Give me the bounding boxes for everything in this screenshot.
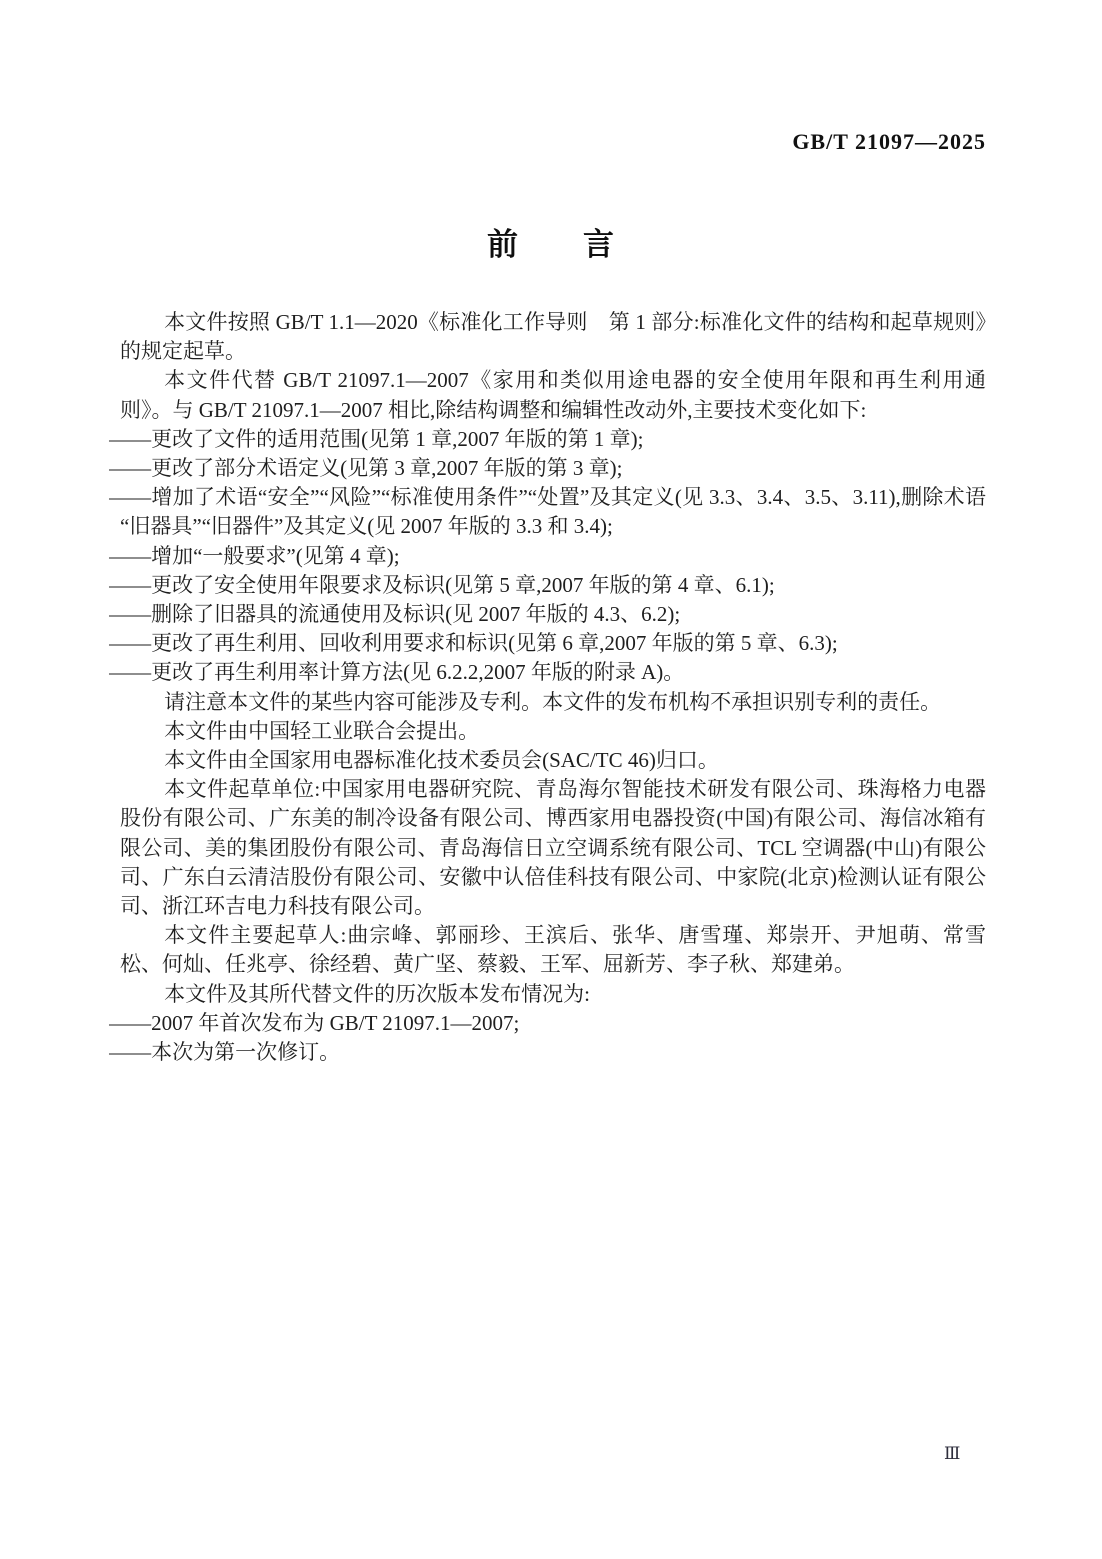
foreword-content: 本文件按照 GB/T 1.1—2020《标准化工作导则 第 1 部分:标准化文件… — [120, 308, 986, 1067]
paragraph-drafting-units: 本文件起草单位:中国家用电器研究院、青岛海尔智能技术研发有限公司、珠海格力电器股… — [120, 775, 986, 921]
change-list-item: ——更改了文件的适用范围(见第 1 章,2007 年版的第 1 章); — [120, 425, 986, 454]
change-list-item: ——更改了再生利用、回收利用要求和标识(见第 6 章,2007 年版的第 5 章… — [120, 629, 986, 658]
page-title: 前 言 — [0, 219, 1102, 264]
version-list-item: ——本次为第一次修订。 — [120, 1038, 986, 1067]
document-page: GB/T 21097—2025 前 言 本文件按照 GB/T 1.1—2020《… — [0, 0, 1102, 1559]
change-list-item: ——更改了部分术语定义(见第 3 章,2007 年版的第 3 章); — [120, 454, 986, 483]
document-number: GB/T 21097—2025 — [792, 129, 986, 155]
page-number: Ⅲ — [944, 1444, 960, 1464]
paragraph-drafters: 本文件主要起草人:曲宗峰、郭丽珍、王滨后、张华、唐雪瑾、郑崇开、尹旭萌、常雪松、… — [120, 921, 986, 979]
paragraph-committee: 本文件由全国家用电器标准化技术委员会(SAC/TC 46)归口。 — [120, 746, 986, 775]
change-list-item: ——增加“一般要求”(见第 4 章); — [120, 542, 986, 571]
paragraph-drafting-basis: 本文件按照 GB/T 1.1—2020《标准化工作导则 第 1 部分:标准化文件… — [120, 308, 986, 366]
change-list-item: ——增加了术语“安全”“风险”“标准使用条件”“处置”及其定义(见 3.3、3.… — [120, 483, 986, 541]
paragraph-replacement: 本文件代替 GB/T 21097.1—2007《家用和类似用途电器的安全使用年限… — [120, 366, 986, 424]
change-list-item: ——更改了安全使用年限要求及标识(见第 5 章,2007 年版的第 4 章、6.… — [120, 571, 986, 600]
version-list-item: ——2007 年首次发布为 GB/T 21097.1—2007; — [120, 1009, 986, 1038]
paragraph-version-history: 本文件及其所代替文件的历次版本发布情况为: — [120, 980, 986, 1009]
change-list-item: ——更改了再生利用率计算方法(见 6.2.2,2007 年版的附录 A)。 — [120, 658, 986, 687]
paragraph-proposer: 本文件由中国轻工业联合会提出。 — [120, 717, 986, 746]
change-list-item: ——删除了旧器具的流通使用及标识(见 2007 年版的 4.3、6.2); — [120, 600, 986, 629]
paragraph-patent-notice: 请注意本文件的某些内容可能涉及专利。本文件的发布机构不承担识别专利的责任。 — [120, 688, 986, 717]
